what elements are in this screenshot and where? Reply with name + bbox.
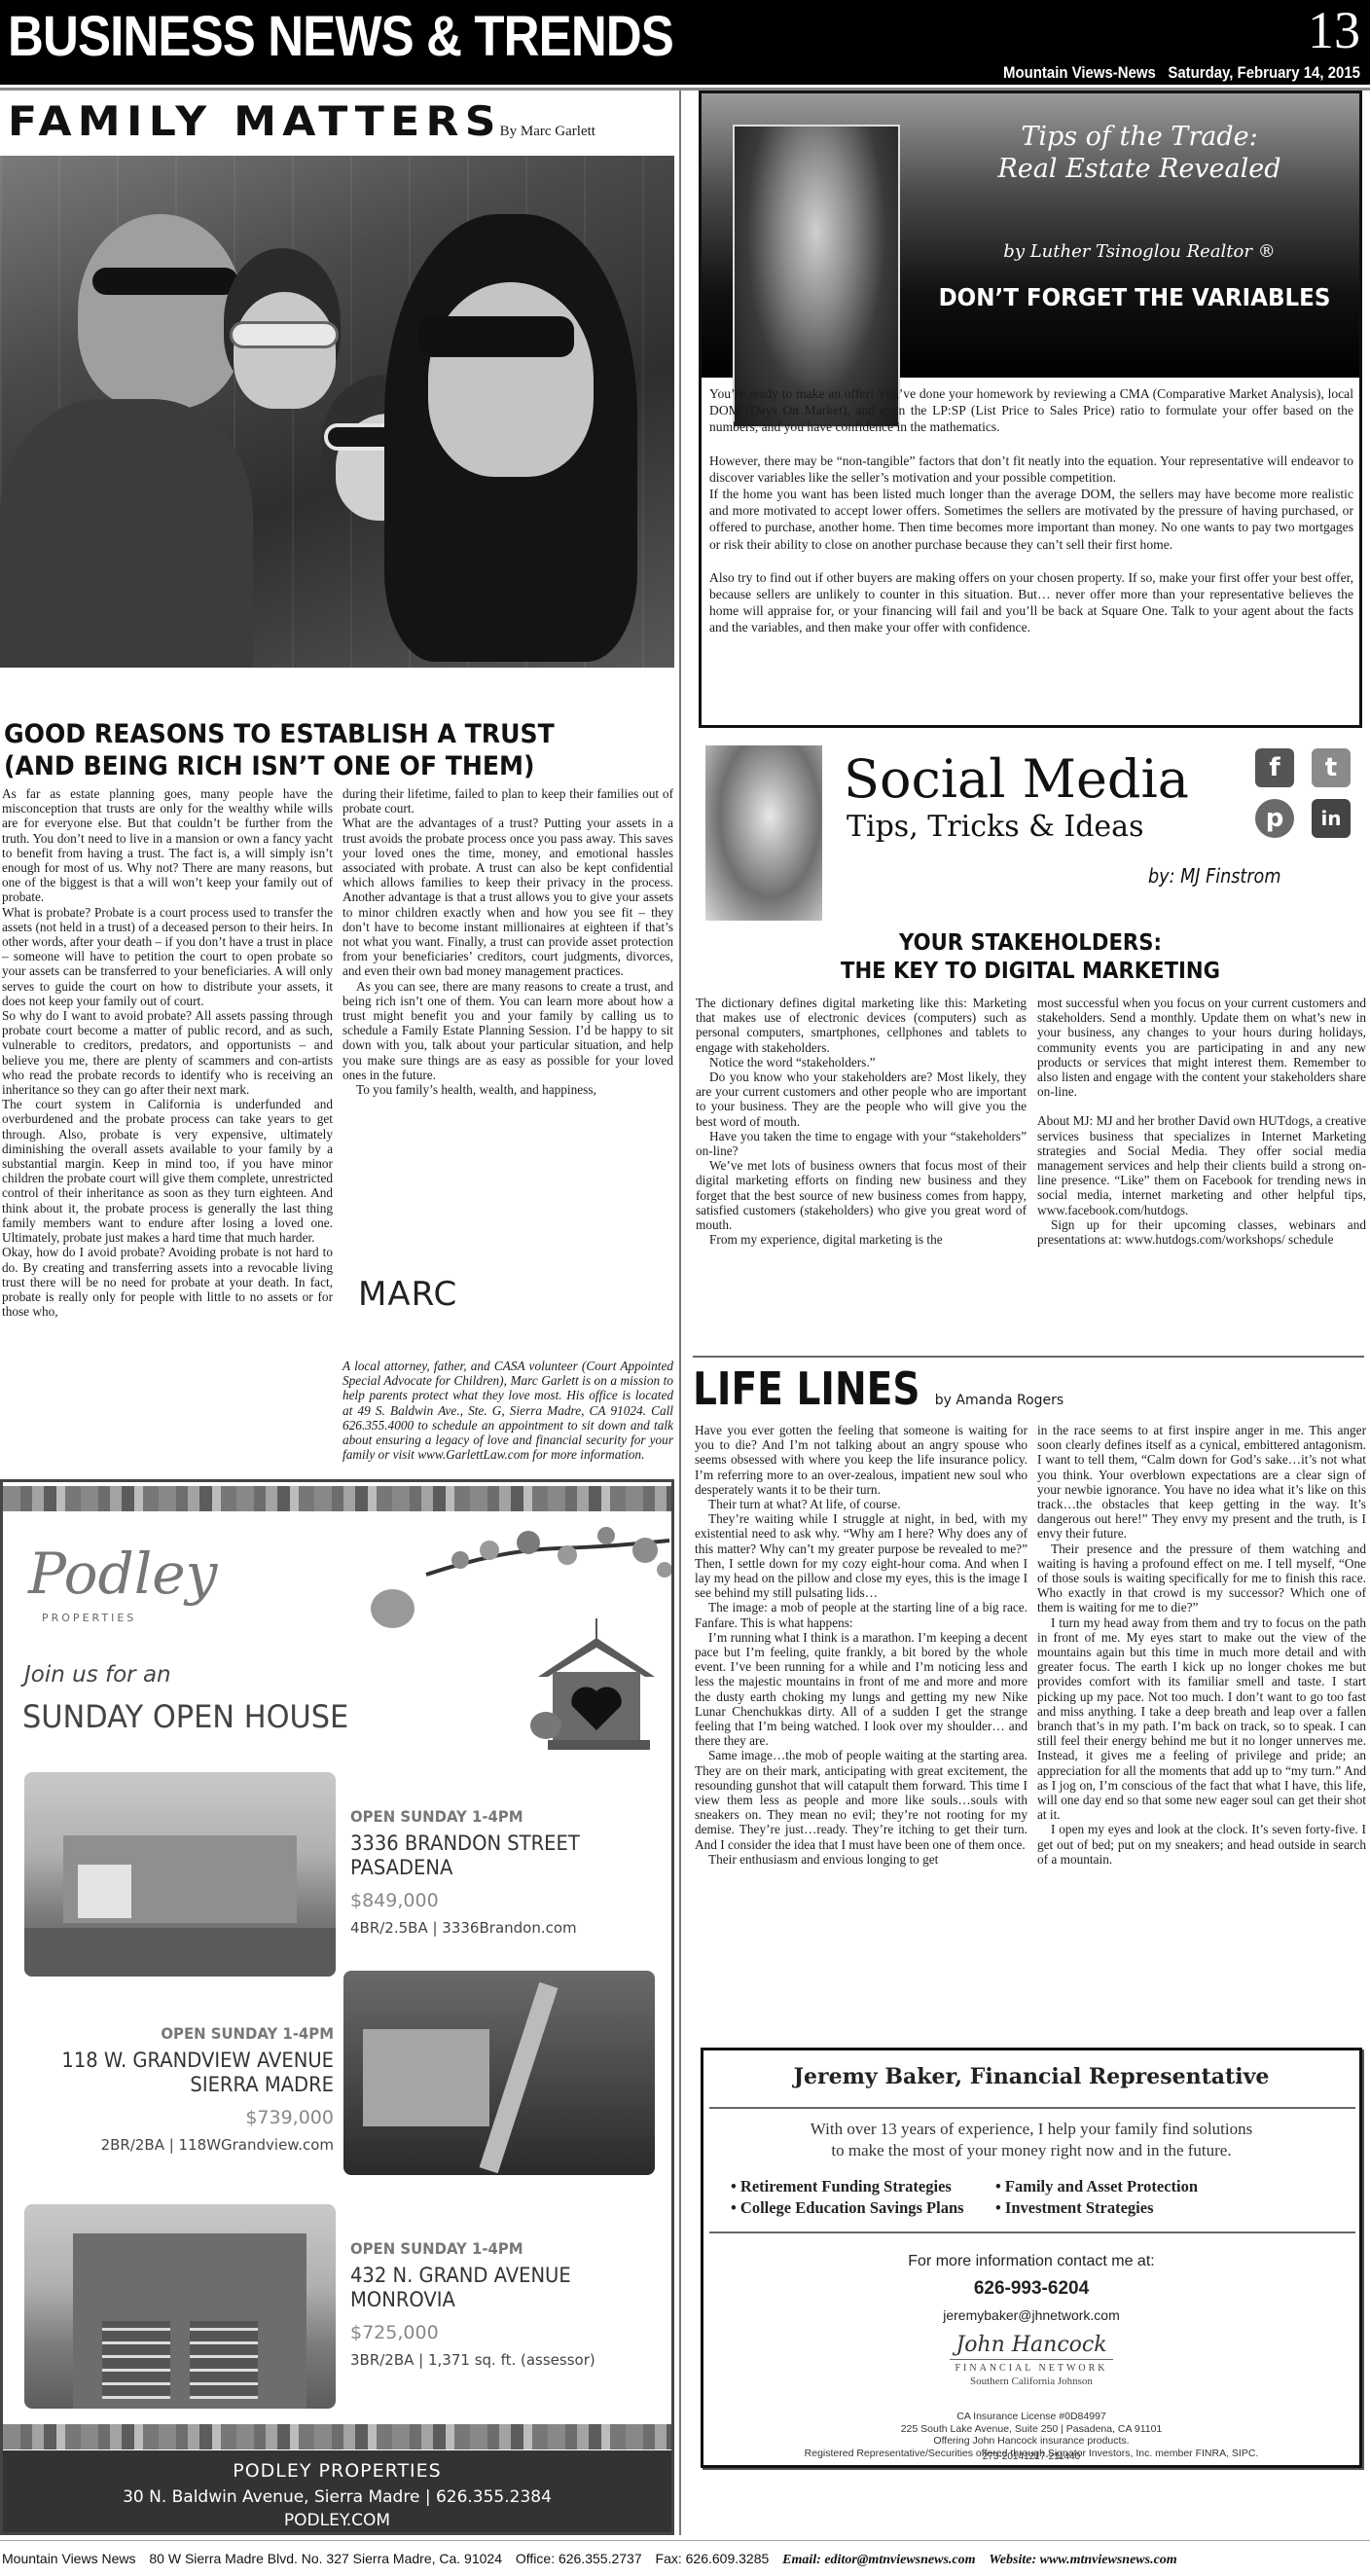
paragraph: Have you ever gotten the feeling that so…	[695, 1423, 1027, 1497]
real-estate-column: Tips of the Trade: Real Estate Revealed …	[699, 91, 1362, 728]
podley-logo: Podley	[28, 1541, 217, 1607]
pinterest-icon: p	[1255, 799, 1294, 838]
paragraph: To you family’s health, wealth, and happ…	[342, 1082, 673, 1097]
intro-line: With over 13 years of experience, I help…	[703, 2119, 1359, 2140]
company-address: 30 N. Baldwin Avenue, Sierra Madre | 626…	[3, 2487, 671, 2507]
section-title: BUSINESS NEWS & TRENDS	[8, 4, 673, 69]
lawn	[24, 1928, 336, 1977]
paragraph: Okay, how do I avoid probate? Avoiding p…	[2, 1245, 333, 1319]
byline: by Luther Tsinoglou Realtor ®	[935, 241, 1344, 262]
paragraph: Their enthusiasm and envious longing to …	[695, 1852, 1027, 1867]
listing-address: 432 N. GRAND AVENUE MONROVIA	[350, 2264, 640, 2312]
ad-footer: PODLEY PROPERTIES 30 N. Baldwin Avenue, …	[3, 2450, 671, 2535]
listing-price: $739,000	[22, 2107, 334, 2128]
paragraph: However, there may be “non-tangible” fac…	[709, 453, 1353, 486]
logo-region: Southern California Johnson	[703, 2376, 1359, 2387]
paragraph: I’m running what I think is a marathon. …	[695, 1630, 1027, 1749]
column-banner: Tips of the Trade: Real Estate Revealed …	[702, 93, 1359, 378]
kicker-line: Tips of the Trade:	[935, 121, 1344, 153]
life-lines-col1: Have you ever gotten the feeling that so…	[695, 1423, 1027, 1867]
podley-logo-sub: PROPERTIES	[42, 1612, 136, 1624]
garage-door	[190, 2321, 258, 2399]
paragraph: I open my eyes and look at the clock. It…	[1037, 1822, 1366, 1867]
paragraph: If the home you want has been listed muc…	[709, 486, 1353, 553]
service-list: • Retirement Funding Strategies • Family…	[731, 2177, 1353, 2218]
footer-address: 80 W Sierra Madre Blvd. No. 327 Sierra M…	[149, 2551, 502, 2566]
contact-block: For more information contact me at: 626-…	[703, 2253, 1359, 2323]
paragraph: So why do I want to avoid probate? All a…	[2, 1008, 333, 1097]
trust-article-col1: As far as estate planning goes, many peo…	[2, 786, 333, 1319]
headline-line: THE KEY TO DIGITAL MARKETING	[725, 958, 1335, 986]
family-photo	[0, 156, 674, 668]
listing-details: OPEN SUNDAY 1-4PM 3336 BRANDON STREET PA…	[350, 1807, 662, 1937]
company-name: PODLEY PROPERTIES	[3, 2460, 671, 2482]
author-portrait	[733, 125, 900, 428]
photo-father-body	[0, 399, 253, 668]
john-hancock-logo: John Hancock FINANCIAL NETWORK Southern …	[703, 2333, 1359, 2387]
facebook-icon: f	[1255, 748, 1294, 787]
paragraph: Same image…the mob of people waiting at …	[695, 1748, 1027, 1851]
sunglasses-icon	[92, 268, 238, 295]
logo-network: FINANCIAL NETWORK	[703, 2363, 1359, 2374]
cherry-blossom-branch-icon	[421, 1521, 674, 1579]
open-house-time: OPEN SUNDAY 1-4PM	[350, 2239, 640, 2258]
listing-address: 118 W. GRANDVIEW AVENUE SIERRA MADRE	[44, 2049, 334, 2097]
ad-event-title: SUNDAY OPEN HOUSE	[22, 1698, 348, 1735]
bird-icon	[371, 1589, 415, 1628]
paragraph: What are the advantages of a trust? Putt…	[342, 816, 673, 978]
column-divider	[679, 91, 681, 2535]
column-title: Social Media	[844, 751, 1189, 808]
ad-title: Jeremy Baker, Financial Representative	[703, 2064, 1359, 2089]
article-headline: GOOD REASONS TO ESTABLISH A TRUST (AND B…	[4, 718, 629, 782]
bio-text: A local attorney, father, and CASA volun…	[342, 1359, 673, 1462]
listing-meta: 3BR/2BA | 1,371 sq. ft. (assessor)	[350, 2351, 662, 2369]
listing-details: OPEN SUNDAY 1-4PM 118 W. GRANDVIEW AVENU…	[22, 2024, 334, 2154]
paragraph: Notice the word “stakeholders.”	[696, 1055, 1027, 1070]
intro-line: to make the most of your money right now…	[703, 2140, 1359, 2161]
photo-mother-face	[428, 282, 594, 477]
office-address: 225 South Lake Avenue, Suite 250 | Pasad…	[703, 2423, 1359, 2436]
glasses-icon	[230, 321, 339, 348]
paragraph: most successful when you focus on your c…	[1037, 996, 1366, 1099]
footer-email[interactable]: Email: editor@mtnviewsnews.com	[782, 2553, 975, 2567]
byline: by: MJ Finstrom	[1148, 864, 1280, 888]
author-bio: A local attorney, father, and CASA volun…	[342, 1359, 673, 1462]
paragraph: Do you know who your stakeholders are? M…	[696, 1070, 1027, 1129]
ad-intro: With over 13 years of experience, I help…	[703, 2119, 1359, 2161]
listing-address: 3336 BRANDON STREET PASADENA	[350, 1832, 640, 1880]
paragraph: As you can see, there are many reasons t…	[342, 979, 673, 1082]
paragraph: Also try to find out if other buyers are…	[709, 569, 1353, 636]
column-title: LIFE LINES	[693, 1362, 920, 1415]
page-number: 13	[1308, 0, 1360, 60]
section-rule	[693, 1356, 1364, 1358]
paragraph: Sign up for their upcoming classes, webi…	[1037, 1217, 1366, 1247]
company-website: PODLEY.COM	[3, 2511, 671, 2530]
social-article-col2: most successful when you focus on your c…	[1037, 996, 1366, 1247]
footer-rule	[0, 2540, 1370, 2541]
open-house-time: OPEN SUNDAY 1-4PM	[44, 2024, 334, 2043]
paragraph: The image: a mob of people at the starti…	[695, 1600, 1027, 1629]
paragraph: Their presence and the pressure of them …	[1037, 1542, 1366, 1615]
paragraph: They’re waiting while I struggle at nigh…	[695, 1511, 1027, 1600]
license-number: CA Insurance License #0D84997	[703, 2411, 1359, 2423]
decorative-stripe	[3, 2424, 671, 2449]
listing-photo	[24, 1772, 336, 1977]
paragraph: What is probate? Probate is a court proc…	[2, 905, 333, 1008]
family-matters-header: FAMILY MATTERS By Marc Garlett	[8, 97, 595, 145]
column-title: FAMILY MATTERS	[8, 97, 502, 145]
listing-details: OPEN SUNDAY 1-4PM 432 N. GRAND AVENUE MO…	[350, 2239, 662, 2369]
address-line: 3336 BRANDON STREET	[350, 1832, 640, 1856]
footer-office-phone: Office: 626.355.2737	[516, 2551, 642, 2566]
listing-photo	[343, 1971, 655, 2175]
footer-fax: Fax: 626.609.3285	[656, 2551, 770, 2566]
listing-price: $725,000	[350, 2322, 662, 2343]
sunglasses-icon	[418, 316, 574, 357]
podley-properties-ad: Podley PROPERTIES Join us for an SUNDAY …	[0, 1479, 674, 2535]
paragraph: You’re ready to make an offer! You’ve do…	[709, 385, 1353, 436]
house-shape	[363, 2029, 489, 2126]
address-city: PASADENA	[350, 1856, 640, 1880]
trust-article-col2: during their lifetime, failed to plan to…	[342, 786, 673, 1097]
publication-name: Mountain Views-News	[1003, 63, 1156, 82]
tree-trunk	[480, 1982, 559, 2173]
listing-meta: 4BR/2.5BA | 3336Brandon.com	[350, 1919, 662, 1937]
linkedin-icon: in	[1312, 799, 1351, 838]
photo-father-head	[78, 214, 243, 409]
service-item: • Retirement Funding Strategies	[731, 2177, 984, 2196]
phone-number: 626-993-6204	[703, 2278, 1359, 2300]
author-signature: MARC	[358, 1275, 457, 1314]
open-house-time: OPEN SUNDAY 1-4PM	[350, 1807, 640, 1826]
paragraph: The court system in California is underf…	[2, 1097, 333, 1245]
issue-date: Saturday, February 14, 2015	[1168, 63, 1360, 82]
byline: By Marc Garlett	[500, 124, 595, 139]
service-item: • Family and Asset Protection	[995, 2177, 1353, 2196]
listing-price: $849,000	[350, 1890, 662, 1911]
listing-photo	[24, 2204, 336, 2409]
paragraph: We’ve met lots of business owners that f…	[696, 1158, 1027, 1232]
paragraph: Have you taken the time to engage with y…	[696, 1129, 1027, 1158]
social-icons: f t p in	[1255, 748, 1364, 846]
author-portrait	[705, 745, 822, 921]
birdhouse-icon	[528, 1618, 655, 1750]
life-lines-header: LIFE LINES by Amanda Rogers	[693, 1362, 1064, 1415]
financial-rep-ad: Jeremy Baker, Financial Representative W…	[701, 2048, 1362, 2468]
life-lines-col2: in the race seems to at first inspire an…	[1037, 1423, 1366, 1867]
article-headline: YOUR STAKEHOLDERS: THE KEY TO DIGITAL MA…	[725, 929, 1335, 986]
service-item: • Investment Strategies	[995, 2198, 1353, 2218]
twitter-icon: t	[1312, 748, 1351, 787]
contact-lead: For more information contact me at:	[703, 2253, 1359, 2270]
address-line: 432 N. GRAND AVENUE	[350, 2264, 640, 2288]
garage-door	[78, 1865, 131, 1918]
article-headline: DON’T FORGET THE VARIABLES	[933, 283, 1336, 311]
author-bio: About MJ: MJ and her brother David own H…	[1037, 1113, 1366, 1216]
divider	[709, 2231, 1355, 2233]
paragraph: I turn my head away from them and try to…	[1037, 1615, 1366, 1823]
headline-line: YOUR STAKEHOLDERS:	[725, 929, 1335, 958]
paragraph: during their lifetime, failed to plan to…	[342, 786, 673, 816]
paragraph: in the race seems to at first inspire an…	[1037, 1423, 1366, 1542]
divider	[709, 2107, 1355, 2109]
photo-child-face	[234, 292, 336, 409]
ad-code: 273-20141217-211440	[703, 2451, 1359, 2462]
column-kicker: Tips of the Trade: Real Estate Revealed	[935, 121, 1344, 185]
masthead: BUSINESS NEWS & TRENDS 13 Mountain Views…	[0, 0, 1370, 88]
article-body: You’re ready to make an offer! You’ve do…	[709, 385, 1353, 636]
headline-line: (AND BEING RICH ISN’T ONE OF THEM)	[4, 750, 629, 782]
ad-tagline: Join us for an	[24, 1662, 171, 1687]
dateline: Mountain Views-News Saturday, February 1…	[1003, 63, 1360, 83]
offering-note: Offering John Hancock insurance products…	[703, 2435, 1359, 2448]
decorative-stripe	[3, 1486, 671, 1511]
page-footer: Mountain Views News 80 W Sierra Madre Bl…	[0, 2551, 1370, 2572]
garage-door	[102, 2321, 170, 2399]
address-line: 118 W. GRANDVIEW AVENUE	[44, 2049, 334, 2073]
address-city: MONROVIA	[350, 2288, 640, 2312]
footer-website[interactable]: Website: www.mtnviewsnews.com	[989, 2553, 1176, 2567]
email-address: jeremybaker@jhnetwork.com	[703, 2307, 1359, 2323]
social-article-col1: The dictionary defines digital marketing…	[696, 996, 1027, 1247]
service-item: • College Education Savings Plans	[731, 2198, 984, 2218]
kicker-line: Real Estate Revealed	[935, 153, 1344, 185]
paragraph: Their turn at what? At life, of course.	[695, 1497, 1027, 1511]
listing-meta: 2BR/2BA | 118WGrandview.com	[22, 2136, 334, 2154]
footer-paper-name: Mountain Views News	[2, 2551, 135, 2566]
column-subtitle: Tips, Tricks & Ideas	[847, 810, 1143, 844]
headline-line: GOOD REASONS TO ESTABLISH A TRUST	[4, 718, 629, 750]
paragraph: The dictionary defines digital marketing…	[696, 996, 1027, 1055]
address-city: SIERRA MADRE	[44, 2073, 334, 2097]
paragraph: From my experience, digital marketing is…	[696, 1232, 1027, 1247]
paragraph: As far as estate planning goes, many peo…	[2, 786, 333, 905]
byline: by Amanda Rogers	[935, 1393, 1064, 1408]
logo-script: John Hancock	[950, 2333, 1112, 2360]
